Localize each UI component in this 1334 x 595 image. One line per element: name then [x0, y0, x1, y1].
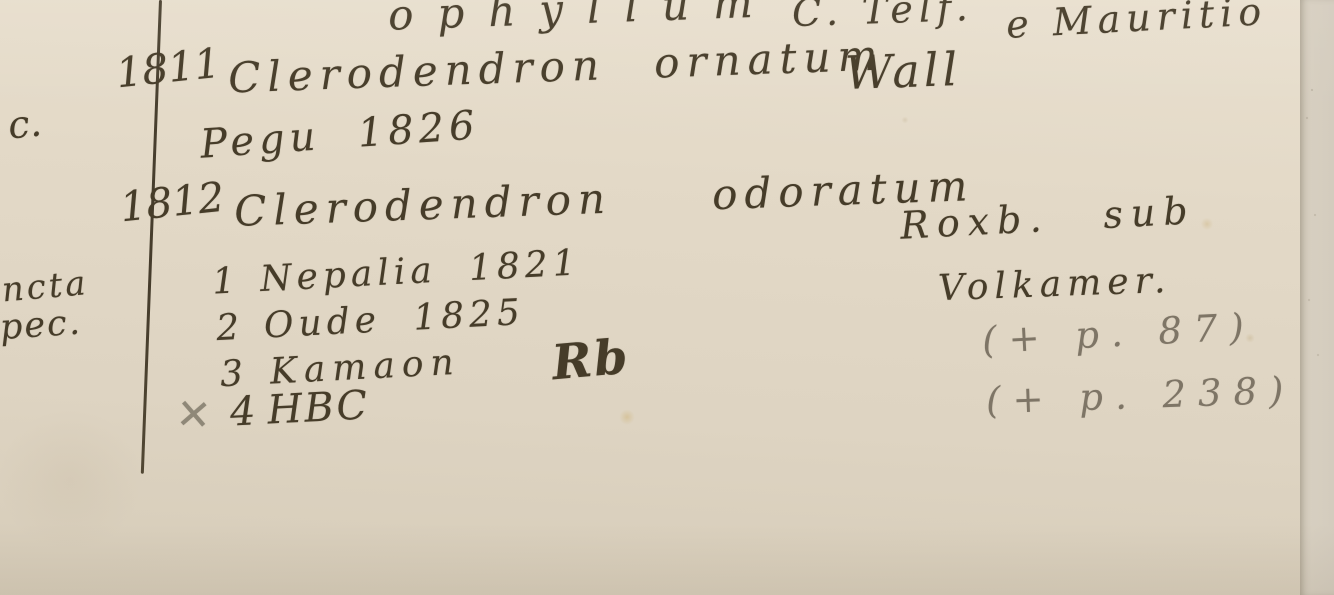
entry-1811-authority: Wall [844, 42, 962, 100]
top-line-origin: e Mauritio [1005, 0, 1268, 47]
margin-fragment-1: c. [6, 100, 44, 147]
collection-2-number: 2 [215, 307, 245, 349]
collection-row-4: 4HBC [229, 382, 370, 435]
entry-1811-number: 1811 [114, 39, 223, 98]
manuscript-page: ophyllum C. Telf. e Mauritio c. lincta s… [0, 0, 1334, 595]
collection-4-label: HBC [266, 382, 370, 433]
collection-4-number: 4 [229, 388, 259, 435]
collection-row-2: 2Oude 1825 [215, 292, 526, 349]
top-line-species-fragment: ophyllum [387, 0, 777, 40]
collection-3-source: Rb [550, 329, 632, 392]
entry-1812-species: Clerodendron odoratum [233, 161, 975, 236]
entry-1811-species: Clerodendron ornatum [227, 31, 885, 103]
page-ref-2: (+ p. 238) [985, 369, 1296, 423]
entry-1812-number: 1812 [118, 173, 227, 232]
margin-fragment-3: spec. [0, 302, 83, 349]
entry-1811-locality: Pegu 1826 [199, 102, 481, 167]
entry-1812-annotation-line2: Volkamer. [937, 260, 1172, 309]
page-edge [1300, 0, 1334, 595]
collection-4-check-mark: ✕ [174, 389, 213, 440]
collection-2-label: Oude 1825 [263, 292, 526, 347]
collection-row-1: 1Nepalia 1821 [211, 242, 581, 302]
collection-1-label: Nepalia 1821 [259, 242, 582, 300]
collection-1-number: 1 [211, 260, 241, 302]
page-ref-1: (+ p. 87) [981, 305, 1257, 362]
